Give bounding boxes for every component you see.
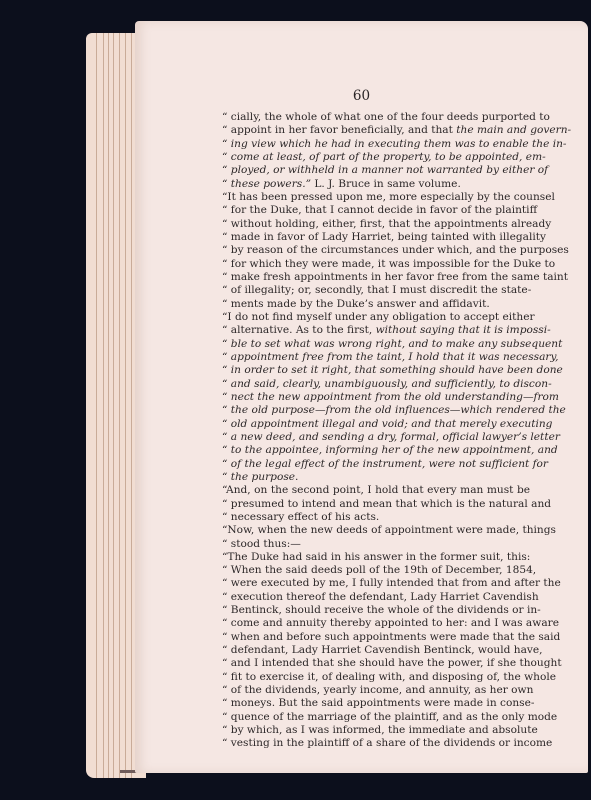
page-edge-line xyxy=(113,33,114,778)
italic-run: “ old appointment illegal and void; and … xyxy=(222,418,552,430)
text-run: “ stood thus:— xyxy=(222,538,301,550)
italic-run: “ in order to set it right, that somethi… xyxy=(222,364,563,376)
text-line: “ fit to exercise it, of dealing with, a… xyxy=(222,671,530,684)
italic-run: “ ployed, or withheld in a manner not wa… xyxy=(222,164,548,176)
text-run: “ quence of the marriage of the plaintif… xyxy=(222,711,557,723)
text-run: “ ments made by the Duke’s answer and af… xyxy=(222,298,490,310)
text-line: “ the purpose. xyxy=(222,471,530,484)
text-run: “ when and before such appointments were… xyxy=(222,631,560,643)
italic-run: “ the purpose. xyxy=(222,471,298,483)
text-run: “ for which they were made, it was impos… xyxy=(222,258,555,270)
text-run: “ make fresh appointments in her favor f… xyxy=(222,271,568,283)
text-run: “ cially, the whole of what one of the f… xyxy=(222,111,550,123)
text-run: “ presumed to intend and mean that which… xyxy=(222,498,551,510)
text-line: “ stood thus:— xyxy=(222,538,530,551)
text-line: “ Bentinck, should receive the whole of … xyxy=(222,604,530,617)
italic-run: “ nect the new appointment from the old … xyxy=(222,391,559,403)
text-line: “ by which, as I was informed, the immed… xyxy=(222,724,530,737)
text-line: “ cially, the whole of what one of the f… xyxy=(222,111,530,124)
text-line: “ alternative. As to the first, without … xyxy=(222,324,530,337)
page-body-text: “ cially, the whole of what one of the f… xyxy=(222,111,530,751)
text-line: “ for which they were made, it was impos… xyxy=(222,258,530,271)
text-line: “ and I intended that she should have th… xyxy=(222,657,530,670)
italic-run: “ ble to set what was wrong right, and t… xyxy=(222,338,562,350)
text-line: “ When the said deeds poll of the 19th o… xyxy=(222,564,530,577)
text-run: “ of the dividends, yearly income, and a… xyxy=(222,684,533,696)
text-run: “ fit to exercise it, of dealing with, a… xyxy=(222,671,556,683)
text-run: “ by which, as I was informed, the immed… xyxy=(222,724,538,736)
text-line: “ were executed by me, I fully intended … xyxy=(222,577,530,590)
text-run: “I do not find myself under any obligati… xyxy=(222,311,535,323)
italic-run: “ appointment free from the taint, I hol… xyxy=(222,351,558,363)
text-line: “ presumed to intend and mean that which… xyxy=(222,498,530,511)
page-edge-line xyxy=(125,33,126,778)
text-line: “ nect the new appointment from the old … xyxy=(222,391,530,404)
text-run: “ by reason of the circumstances under w… xyxy=(222,244,569,256)
text-line: “ necessary effect of his acts. xyxy=(222,511,530,524)
text-line: “ and said, clearly, unambiguously, and … xyxy=(222,378,530,391)
text-run: “And, on the second point, I hold that e… xyxy=(222,484,530,496)
text-line: “ defendant, Lady Harriet Cavendish Bent… xyxy=(222,644,530,657)
text-line: “And, on the second point, I hold that e… xyxy=(222,484,530,497)
text-line: “ appoint in her favor beneficially, and… xyxy=(222,124,530,137)
text-line: “ vesting in the plaintiff of a share of… xyxy=(222,737,530,750)
text-line: “ by reason of the circumstances under w… xyxy=(222,244,530,257)
page-edge-line xyxy=(108,33,109,778)
text-run: “ When the said deeds poll of the 19th o… xyxy=(222,564,536,576)
text-line: “ ployed, or withheld in a manner not wa… xyxy=(222,164,530,177)
text-line: “ these powers.” L. J. Bruce in same vol… xyxy=(222,178,530,191)
text-run: “ of illegality; or, secondly, that I mu… xyxy=(222,284,531,296)
text-run: “ moneys. But the said appointments were… xyxy=(222,697,534,709)
text-run: “ defendant, Lady Harriet Cavendish Bent… xyxy=(222,644,543,656)
text-line: “ quence of the marriage of the plaintif… xyxy=(222,711,530,724)
text-run: “ alternative. As to the first, xyxy=(222,324,376,336)
page-edge-line xyxy=(96,33,97,778)
text-line: “ of the legal effect of the instrument,… xyxy=(222,458,530,471)
text-line: “ execution thereof the defendant, Lady … xyxy=(222,591,530,604)
text-line: “ old appointment illegal and void; and … xyxy=(222,418,530,431)
text-line: “It has been pressed upon me, more espec… xyxy=(222,191,530,204)
text-run: “ necessary effect of his acts. xyxy=(222,511,379,523)
text-run: “ appoint in her favor beneficially, and… xyxy=(222,124,456,136)
text-line: “I do not find myself under any obligati… xyxy=(222,311,530,324)
text-line: “ without holding, either, first, that t… xyxy=(222,218,530,231)
text-run: “ without holding, either, first, that t… xyxy=(222,218,551,230)
italic-run: “ to the appointee, informing her of the… xyxy=(222,444,558,456)
text-line: “ in order to set it right, that somethi… xyxy=(222,364,530,377)
text-line: “ when and before such appointments were… xyxy=(222,631,530,644)
text-run: “ Bentinck, should receive the whole of … xyxy=(222,604,541,616)
italic-run: “ the old purpose—from the old influence… xyxy=(222,404,566,416)
italic-run: “ of the legal effect of the instrument,… xyxy=(222,458,548,470)
text-run: “ come and annuity thereby appointed to … xyxy=(222,617,559,629)
page-edge-line xyxy=(131,33,132,778)
text-run: “ were executed by me, I fully intended … xyxy=(222,577,561,589)
text-run: “ vesting in the plaintiff of a share of… xyxy=(222,737,552,749)
text-line: “ make fresh appointments in her favor f… xyxy=(222,271,530,284)
text-line: “ come at least, of part of the property… xyxy=(222,151,530,164)
text-line: “ appointment free from the taint, I hol… xyxy=(222,351,530,364)
text-line: “ for the Duke, that I cannot decide in … xyxy=(222,204,530,217)
text-run: “The Duke had said in his answer in the … xyxy=(222,551,530,563)
text-line: “ come and annuity thereby appointed to … xyxy=(222,617,530,630)
text-run: “Now, when the new deeds of appointment … xyxy=(222,524,556,536)
italic-run: “ ing view which he had in executing the… xyxy=(222,138,567,150)
italic-run: “ a new deed, and sending a dry, formal,… xyxy=(222,431,560,443)
text-line: “ ing view which he had in executing the… xyxy=(222,138,530,151)
text-run: “ for the Duke, that I cannot decide in … xyxy=(222,204,537,216)
text-line: “ to the appointee, informing her of the… xyxy=(222,444,530,457)
page-edge-line xyxy=(103,33,104,778)
text-line: “ of the dividends, yearly income, and a… xyxy=(222,684,530,697)
page-number: 60 xyxy=(135,88,588,104)
text-line: “ of illegality; or, secondly, that I mu… xyxy=(222,284,530,297)
text-line: “ moneys. But the said appointments were… xyxy=(222,697,530,710)
text-run: “ made in favor of Lady Harriet, being t… xyxy=(222,231,546,243)
italic-run: “ come at least, of part of the property… xyxy=(222,151,546,163)
text-run: “It has been pressed upon me, more espec… xyxy=(222,191,555,203)
text-line: “ ments made by the Duke’s answer and af… xyxy=(222,298,530,311)
italic-run: “ and said, clearly, unambiguously, and … xyxy=(222,378,552,390)
text-run: L. J. Bruce in same volume. xyxy=(311,178,461,190)
text-line: “ the old purpose—from the old influence… xyxy=(222,404,530,417)
text-line: “ ble to set what was wrong right, and t… xyxy=(222,338,530,351)
italic-run: the main and govern- xyxy=(456,124,571,136)
text-line: “The Duke had said in his answer in the … xyxy=(222,551,530,564)
text-line: “ made in favor of Lady Harriet, being t… xyxy=(222,231,530,244)
italic-run: “ these powers.” xyxy=(222,178,311,190)
text-line: “Now, when the new deeds of appointment … xyxy=(222,524,530,537)
text-run: “ and I intended that she should have th… xyxy=(222,657,562,669)
text-run: “ execution thereof the defendant, Lady … xyxy=(222,591,539,603)
italic-run: without saying that it is impossi- xyxy=(376,324,551,336)
text-line: “ a new deed, and sending a dry, formal,… xyxy=(222,431,530,444)
page-edge-line xyxy=(119,33,120,778)
